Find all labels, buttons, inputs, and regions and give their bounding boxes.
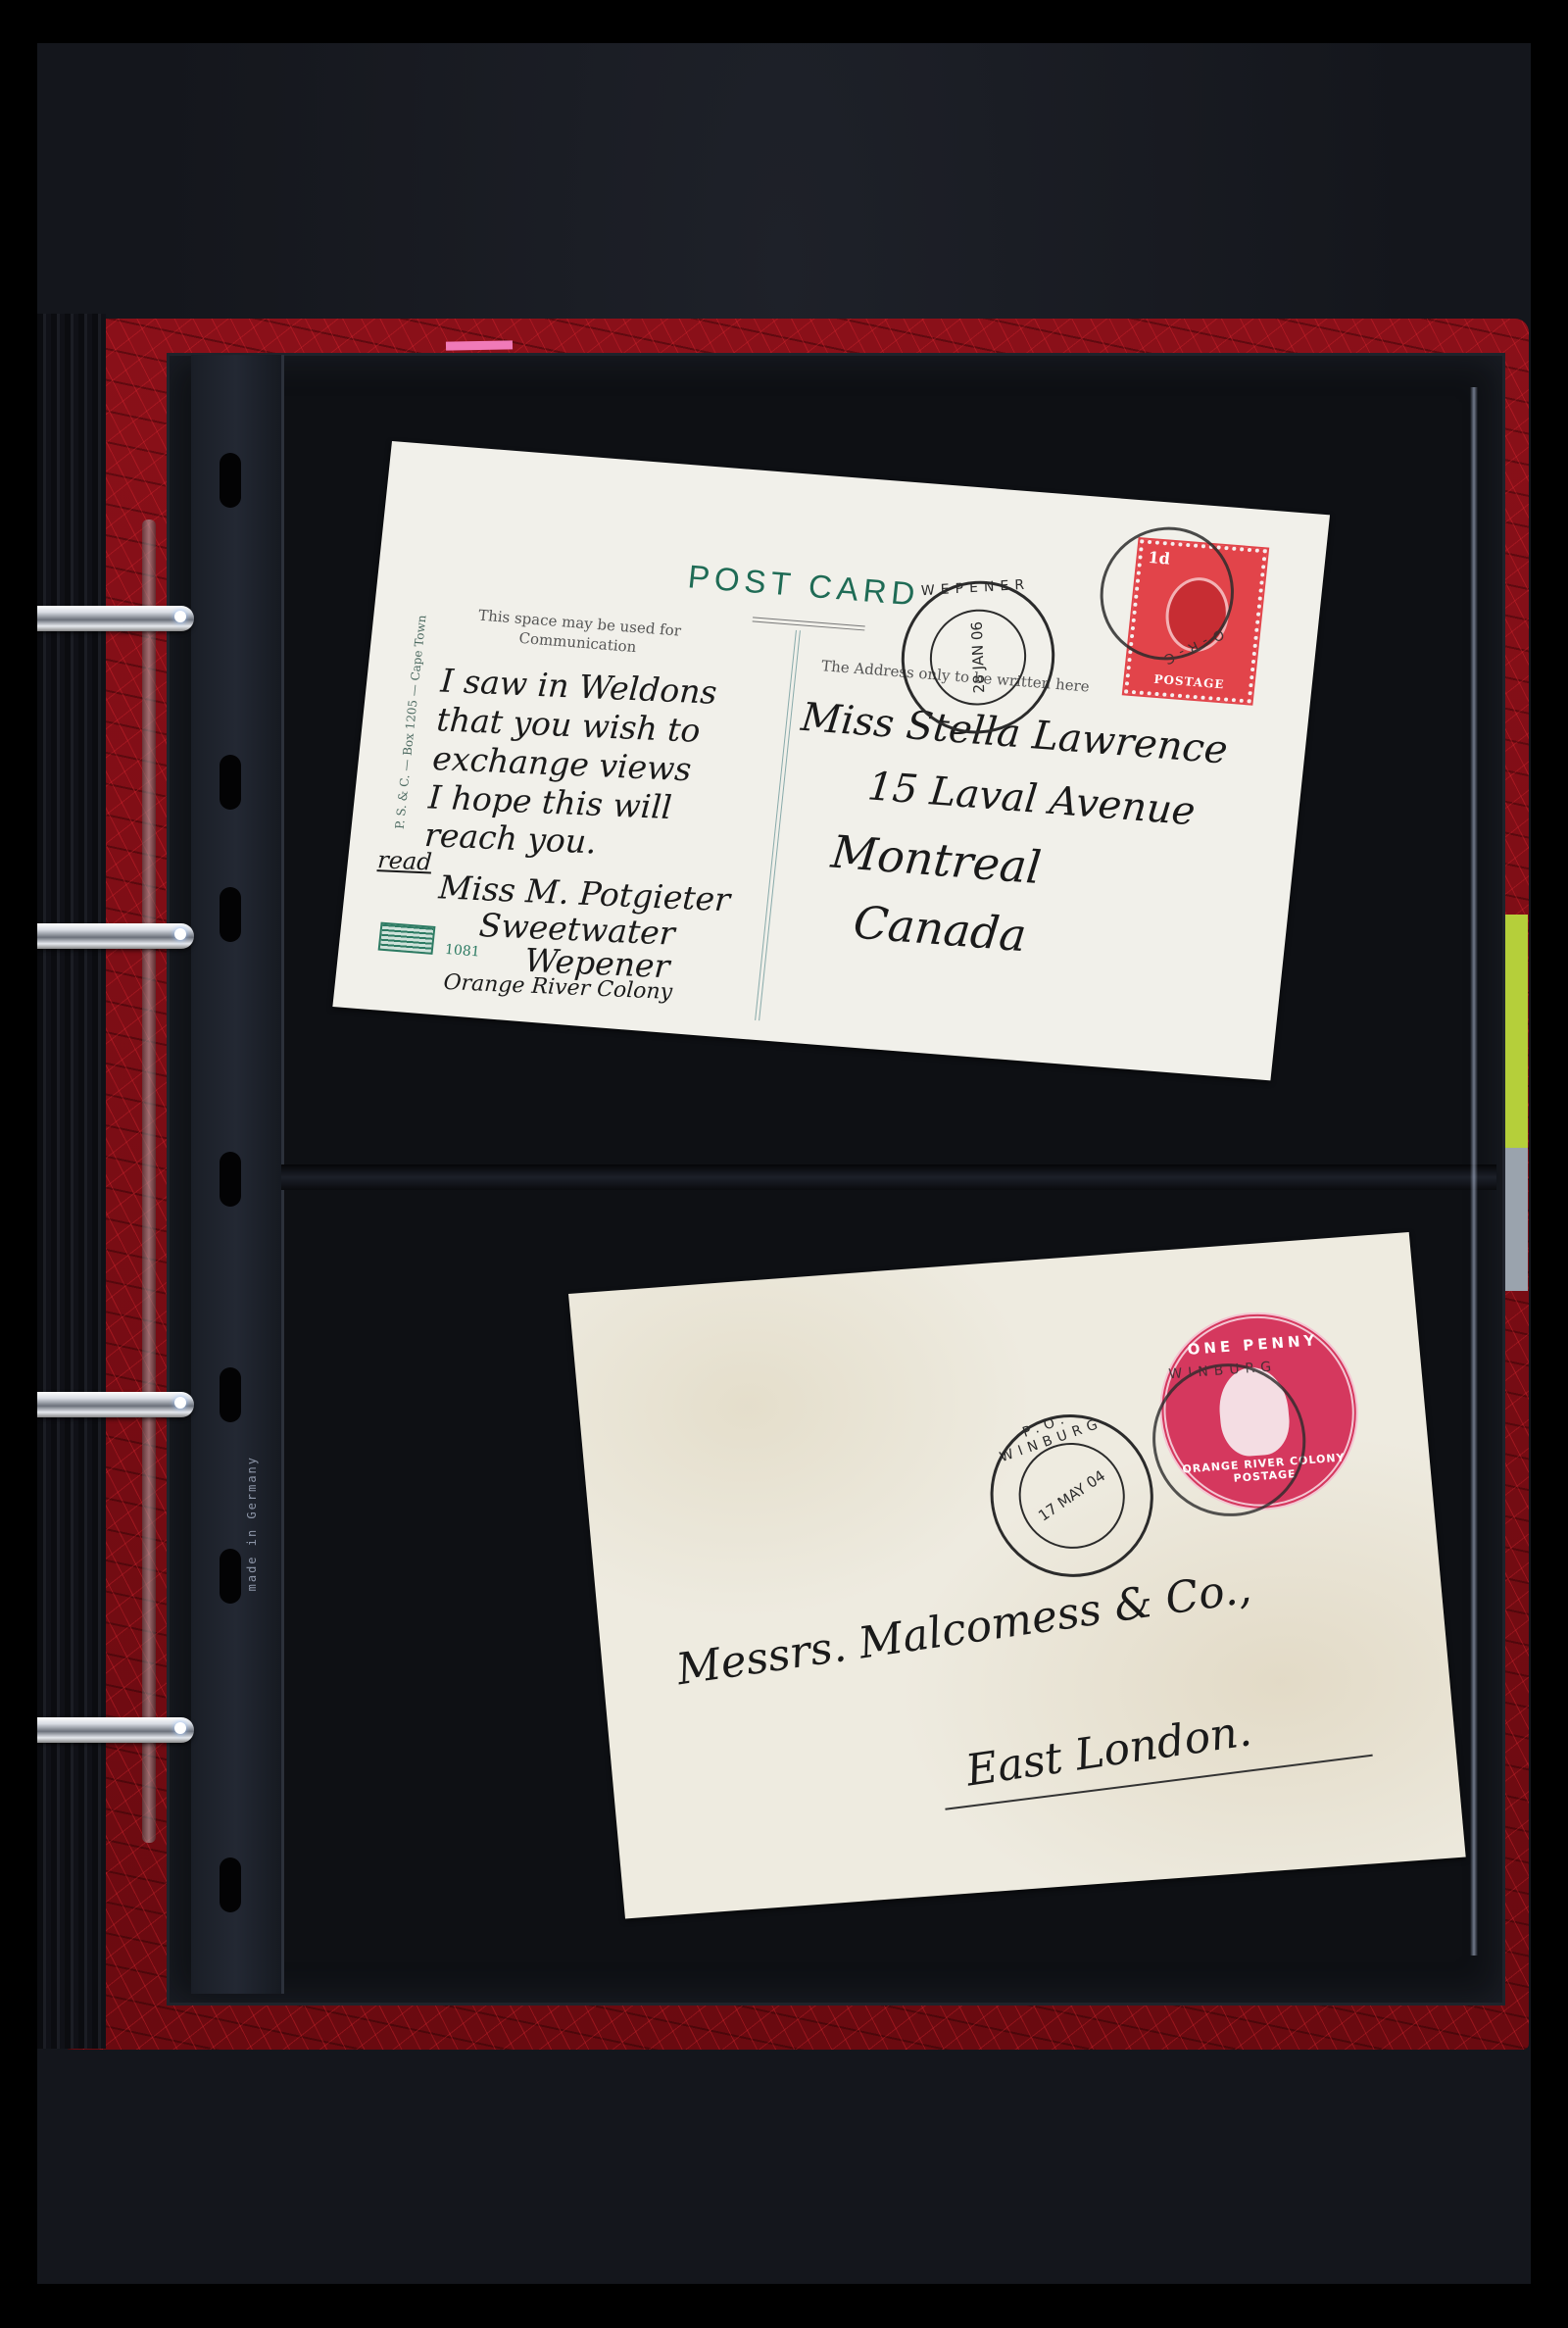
postmark-date: 28 JAN 06: [968, 621, 989, 694]
pocket-divider: [281, 1164, 1496, 1190]
recipient-name: Messrs. Malcomess & Co.,: [673, 1562, 1254, 1695]
punch-hole: [220, 1549, 241, 1604]
recipient-city: East London.: [962, 1706, 1254, 1796]
card-number: 1081: [444, 942, 480, 961]
recipient-street: 15 Laval Avenue: [865, 764, 1197, 834]
postmark-town: WEPENER: [902, 575, 1050, 600]
recipient-country: Canada: [851, 896, 1029, 963]
message-line: reach you.: [423, 816, 598, 862]
recipient-city: Montreal: [829, 825, 1044, 895]
punch-hole: [220, 453, 241, 508]
binder-ring-icon[interactable]: [37, 606, 194, 631]
header-rule: [753, 617, 865, 630]
punch-hole: [220, 1367, 241, 1422]
postmark: P.O. WINBURG 17 MAY 04: [967, 1392, 1176, 1599]
sleeve-gloss: [1470, 387, 1478, 1956]
punch-hole: [220, 1857, 241, 1912]
publisher-imprint: P. S. & C. — Box 1205 — Cape Town: [382, 615, 428, 927]
margin-note: read: [376, 846, 432, 875]
postcard[interactable]: POST CARD This space may be used for Com…: [332, 441, 1330, 1080]
pink-index-tab: [446, 340, 513, 350]
binder-spine: [37, 314, 106, 2049]
binder-ring-icon[interactable]: [37, 923, 194, 949]
binder-ring-icon[interactable]: [37, 1717, 194, 1743]
punch-hole: [220, 755, 241, 810]
communication-label: This space may be used for Communication: [465, 605, 693, 662]
publisher-logo-icon: [378, 922, 436, 955]
postcard-header: POST CARD: [686, 558, 921, 613]
green-index-tab: [1504, 915, 1528, 1148]
grey-index-tab: [1504, 1148, 1528, 1291]
spine-imprint: made in Germany: [245, 1456, 265, 1591]
binder-rail: [142, 520, 156, 1843]
envelope[interactable]: ONE PENNY ORANGE RIVER COLONY POSTAGE P.…: [568, 1232, 1466, 1918]
stamp-value-text: ONE PENNY: [1159, 1329, 1347, 1361]
punch-hole: [220, 1152, 241, 1207]
punch-hole: [220, 887, 241, 942]
card-divider-line: [755, 630, 801, 1020]
binder-ring-icon[interactable]: [37, 1392, 194, 1417]
